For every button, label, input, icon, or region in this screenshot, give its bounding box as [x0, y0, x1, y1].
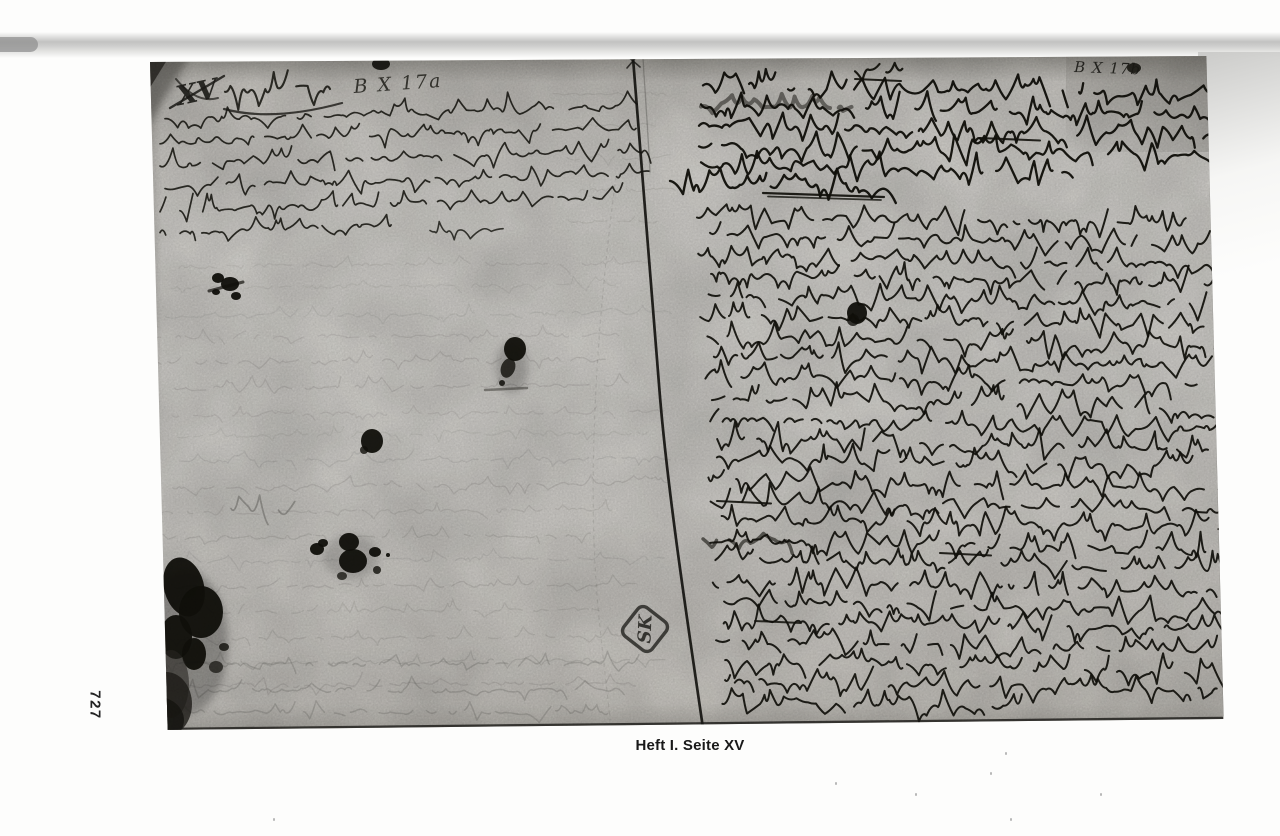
dust-speck [1100, 793, 1102, 796]
scan-edge-shadow-cap [0, 37, 38, 52]
book-page: XV B X 17a B X 17b SK Heft I. Seite XV 7… [0, 0, 1280, 836]
dust-speck [990, 772, 992, 775]
dust-speck [273, 818, 275, 821]
manuscript-art: XV B X 17a B X 17b SK [146, 52, 1228, 734]
dust-speck [835, 782, 837, 785]
page-number: 727 [87, 690, 104, 720]
figure-caption: Heft I. Seite XV [600, 737, 780, 754]
dust-speck [915, 793, 917, 796]
dust-speck [1005, 752, 1007, 755]
manuscript-photo: XV B X 17a B X 17b SK [146, 52, 1228, 734]
paper-grain [146, 52, 1228, 734]
scan-edge-shadow [0, 32, 1280, 58]
dust-speck [1010, 818, 1012, 821]
